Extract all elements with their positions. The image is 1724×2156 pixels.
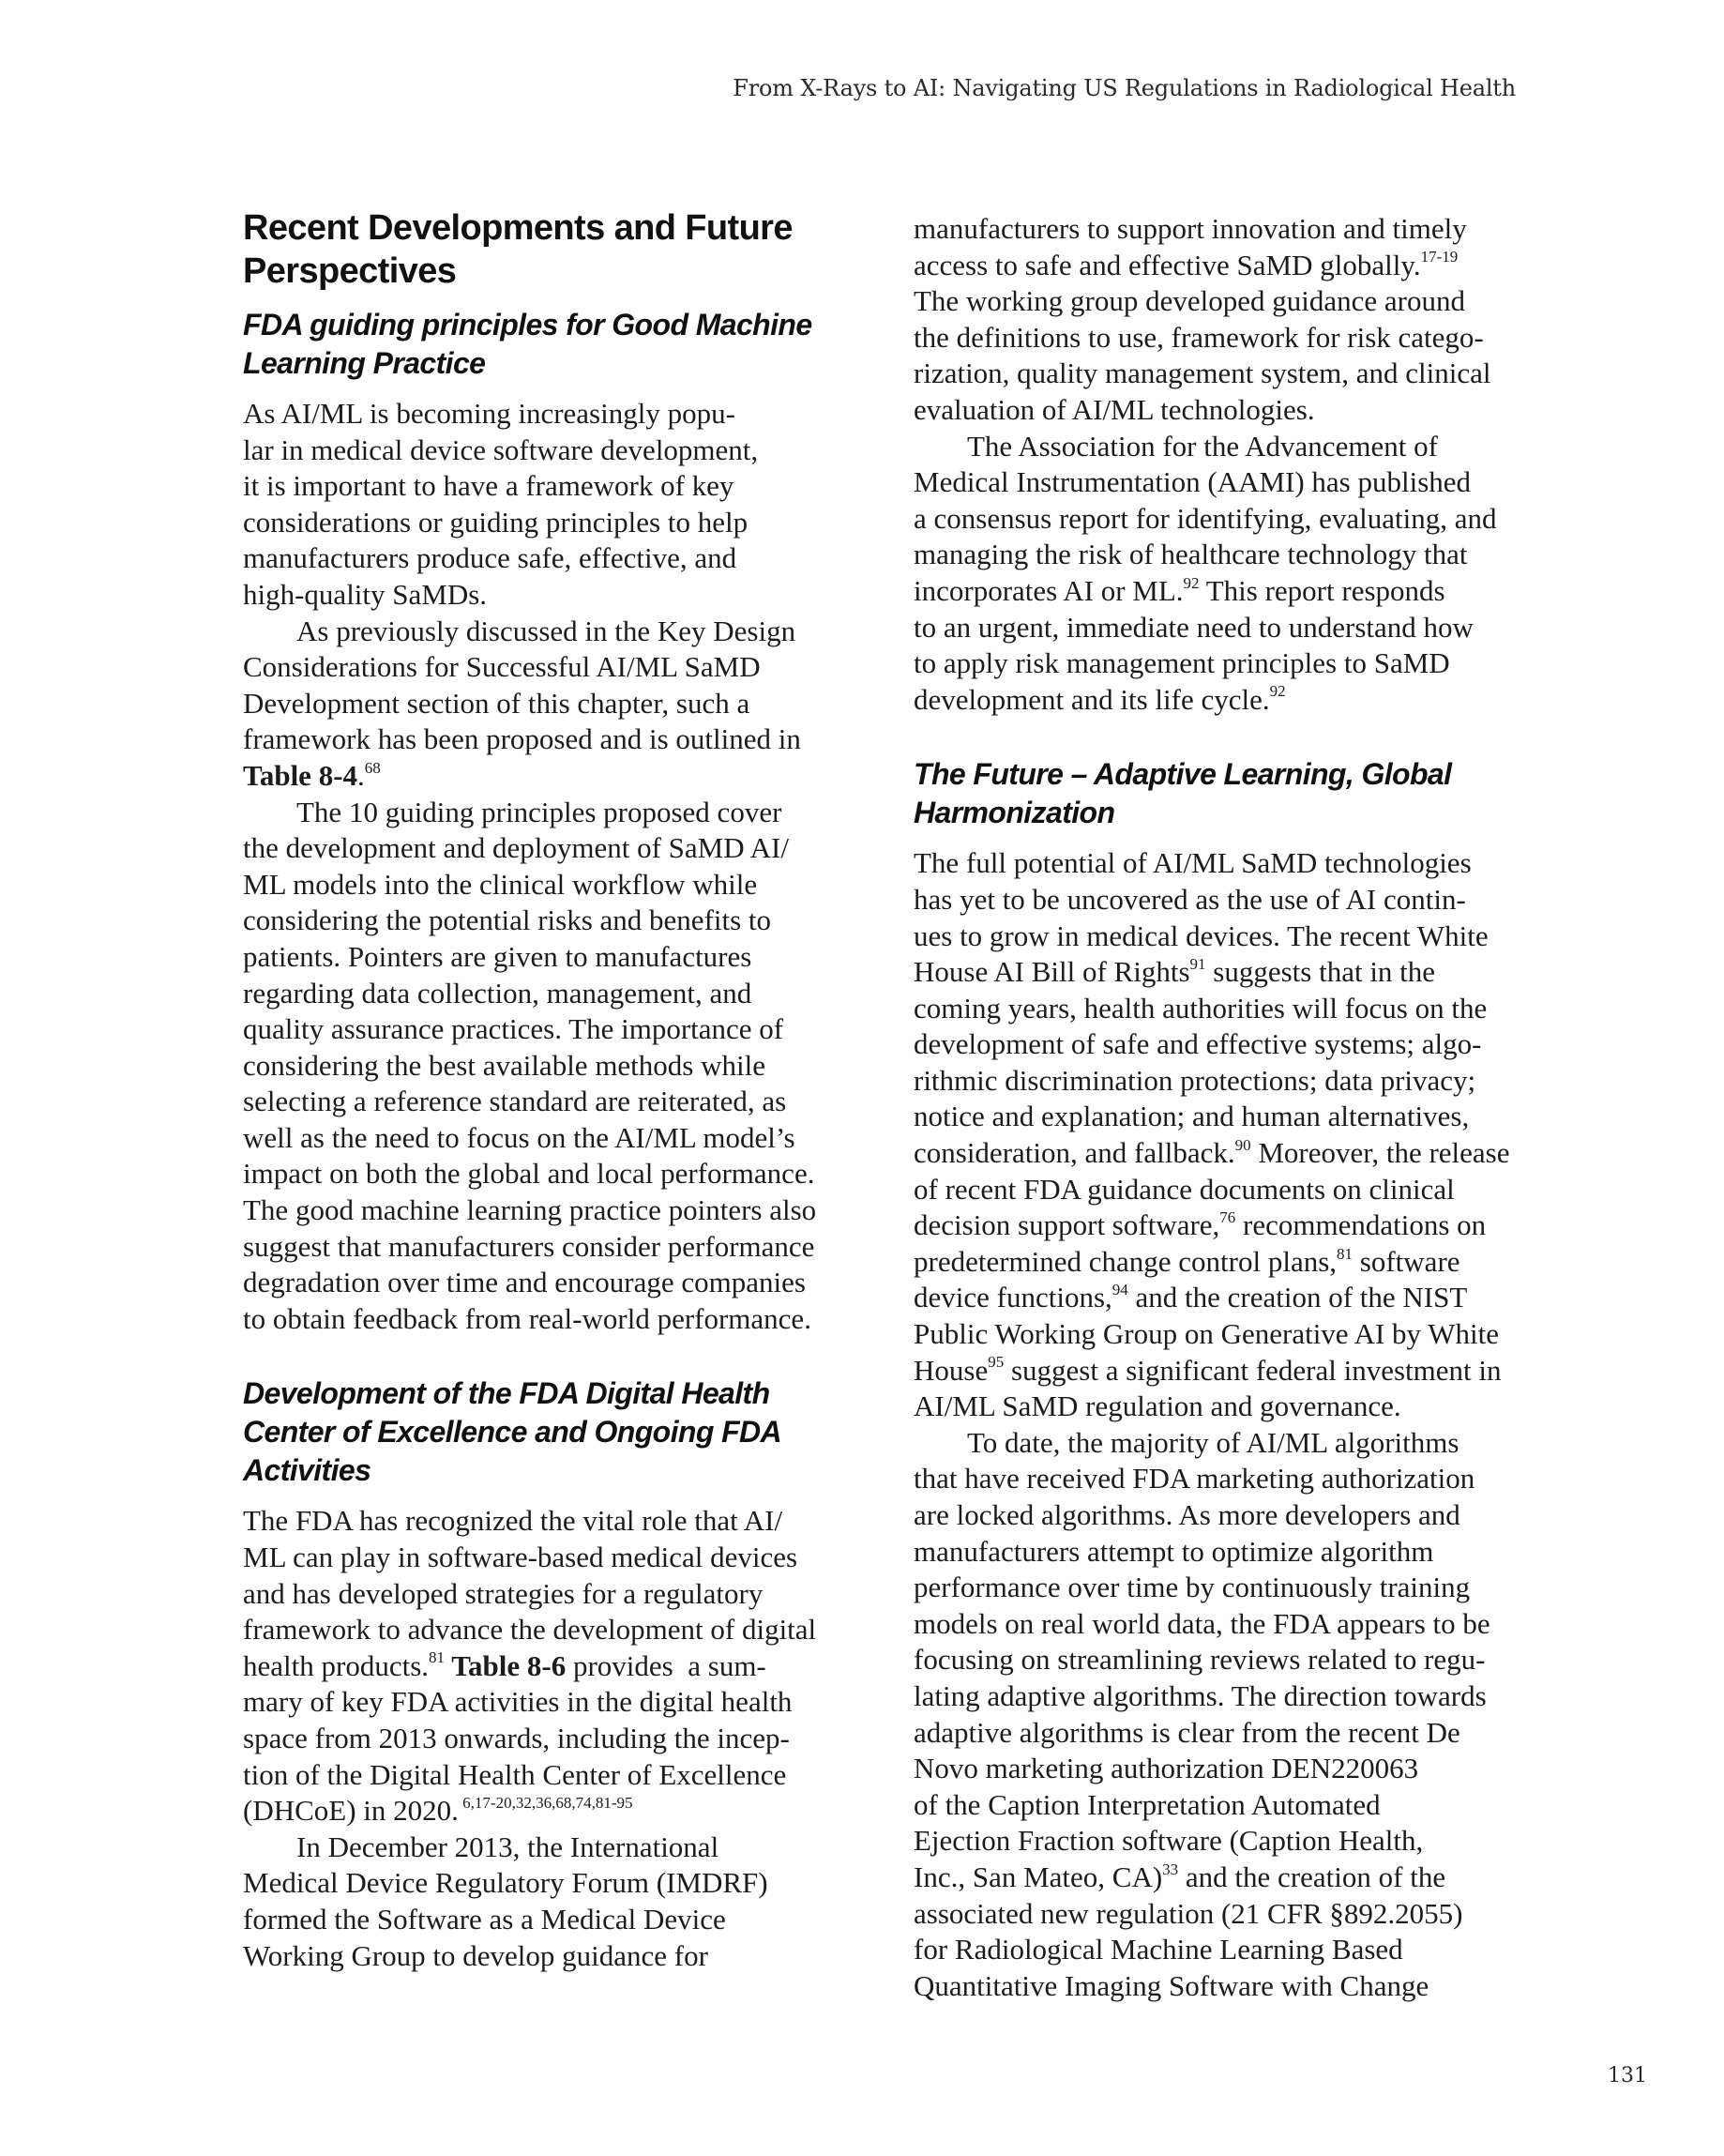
citation: 90 xyxy=(1235,1136,1251,1154)
section-title-line: Recent Developments and Future xyxy=(243,206,862,250)
subsection-title-gmlp: FDA guiding principles for Good Machine … xyxy=(243,306,862,383)
text-line: manufacturers produce safe, effective, a… xyxy=(243,540,862,577)
subsection-title-dhcoe: Development of the FDA Digital Health Ce… xyxy=(243,1374,862,1490)
text-line: The good machine learning practice point… xyxy=(243,1192,862,1229)
text-run: predetermined change control plans, xyxy=(914,1245,1337,1278)
text-line: consideration, and fallback.90 Moreover,… xyxy=(914,1135,1533,1172)
text-line: a consensus report for identifying, eval… xyxy=(914,501,1533,538)
text-line: health products.81 Table 8-6 provides a … xyxy=(243,1648,862,1685)
text-line: Quantitative Imaging Software with Chang… xyxy=(914,1968,1533,2005)
paragraph: manufacturers to support innovation and … xyxy=(914,211,1533,429)
right-column: manufacturers to support innovation and … xyxy=(914,211,1533,2004)
text-line: Inc., San Mateo, CA)33 and the creation … xyxy=(914,1860,1533,1896)
text-run: recommendations on xyxy=(1235,1208,1486,1241)
text-line: that have received FDA marketing authori… xyxy=(914,1461,1533,1497)
text-line: manufacturers to support innovation and … xyxy=(914,211,1533,248)
text-line: In December 2013, the International xyxy=(243,1830,862,1866)
text-line: rization, quality management system, and… xyxy=(914,356,1533,392)
text-line: patients. Pointers are given to manufact… xyxy=(243,939,862,976)
text-line: development of safe and effective system… xyxy=(914,1026,1533,1063)
text-line: ues to grow in medical devices. The rece… xyxy=(914,919,1533,955)
text-line: well as the need to focus on the AI/ML m… xyxy=(243,1120,862,1157)
text-line: considering the best available methods w… xyxy=(243,1048,862,1085)
text-line: notice and explanation; and human altern… xyxy=(914,1099,1533,1135)
table-reference[interactable]: Table 8-6 xyxy=(445,1649,566,1682)
text-line: impact on both the global and local perf… xyxy=(243,1156,862,1192)
text-line: lar in medical device software developme… xyxy=(243,433,862,469)
text-line: focusing on streamlining reviews related… xyxy=(914,1642,1533,1678)
text-run: software xyxy=(1353,1245,1459,1278)
text-line: The Association for the Advancement of xyxy=(914,429,1533,465)
text-line: are locked algorithms. As more developer… xyxy=(914,1497,1533,1534)
text-line: mary of key FDA activities in the digita… xyxy=(243,1684,862,1721)
paragraph: As previously discussed in the Key Desig… xyxy=(243,614,862,795)
text-line: to an urgent, immediate need to understa… xyxy=(914,610,1533,646)
text-line: evaluation of AI/ML technologies. xyxy=(914,392,1533,429)
citation: 91 xyxy=(1190,955,1206,973)
text-line: the development and deployment of SaMD A… xyxy=(243,830,862,867)
text-line: degradation over time and encourage comp… xyxy=(243,1265,862,1301)
text-line: framework to advance the development of … xyxy=(243,1612,862,1648)
text-run: House xyxy=(914,1354,988,1387)
citation: 81 xyxy=(1337,1245,1353,1263)
text-run: incorporates AI or ML. xyxy=(914,574,1184,607)
text-line: associated new regulation (21 CFR §892.2… xyxy=(914,1896,1533,1933)
text-line: it is important to have a framework of k… xyxy=(243,468,862,505)
text-line: of recent FDA guidance documents on clin… xyxy=(914,1172,1533,1208)
text-run: and the creation of the NIST xyxy=(1128,1281,1468,1313)
text-line: Considerations for Successful AI/ML SaMD xyxy=(243,649,862,686)
text-line: As previously discussed in the Key Desig… xyxy=(243,614,862,650)
citation: 81 xyxy=(429,1648,445,1666)
citation: 68 xyxy=(365,759,381,777)
paragraph: The full potential of AI/ML SaMD technol… xyxy=(914,845,1533,1425)
left-column: Recent Developments and Future Perspecti… xyxy=(243,206,862,1974)
citation: 33 xyxy=(1162,1860,1178,1878)
citation: 92 xyxy=(1184,574,1200,592)
text-line: predetermined change control plans,81 so… xyxy=(914,1244,1533,1281)
page-number: 131 xyxy=(1608,2064,1647,2088)
text-line: selecting a reference standard are reite… xyxy=(243,1084,862,1120)
text-line: AI/ML SaMD regulation and governance. xyxy=(914,1389,1533,1425)
citation: 92 xyxy=(1270,682,1286,700)
text-run: (DHCoE) in 2020. xyxy=(243,1794,459,1827)
text-line: for Radiological Machine Learning Based xyxy=(914,1932,1533,1968)
paragraph: To date, the majority of AI/ML algorithm… xyxy=(914,1425,1533,2005)
text-run: development and its life cycle. xyxy=(914,683,1270,716)
text-line: tion of the Digital Health Center of Exc… xyxy=(243,1757,862,1794)
citation: 76 xyxy=(1219,1208,1235,1226)
text-line: device functions,94 and the creation of … xyxy=(914,1280,1533,1316)
text-line: considerations or guiding principles to … xyxy=(243,505,862,541)
text-line: decision support software,76 recommendat… xyxy=(914,1207,1533,1244)
text-line: suggest that manufacturers consider perf… xyxy=(243,1229,862,1266)
text-run: device functions, xyxy=(914,1281,1112,1313)
text-line: the definitions to use, framework for ri… xyxy=(914,320,1533,357)
text-line: The full potential of AI/ML SaMD technol… xyxy=(914,845,1533,882)
citation: 17-19 xyxy=(1421,248,1459,266)
text-line: adaptive algorithms is clear from the re… xyxy=(914,1715,1533,1752)
punctuation: . xyxy=(357,759,365,792)
text-run: Inc., San Mateo, CA) xyxy=(914,1860,1162,1893)
text-line: lating adaptive algorithms. The directio… xyxy=(914,1678,1533,1715)
text-line: Working Group to develop guidance for xyxy=(243,1938,862,1975)
text-line: The 10 guiding principles proposed cover xyxy=(243,795,862,831)
text-line: of the Caption Interpretation Automated xyxy=(914,1787,1533,1824)
text-run: access to safe and effective SaMD global… xyxy=(914,249,1421,281)
text-line: models on real world data, the FDA appea… xyxy=(914,1606,1533,1643)
subsection-title-line: Learning Practice xyxy=(243,344,862,383)
text-line: The working group developed guidance aro… xyxy=(914,283,1533,320)
paragraph: In December 2013, the International Medi… xyxy=(243,1830,862,1974)
text-line: ML can play in software-based medical de… xyxy=(243,1540,862,1576)
text-line: Development section of this chapter, suc… xyxy=(243,686,862,722)
citation: 95 xyxy=(988,1353,1004,1371)
subsection-title-future: The Future – Adaptive Learning, Global H… xyxy=(914,755,1533,832)
text-run: This report responds xyxy=(1200,574,1445,607)
text-run: suggest a significant federal investment… xyxy=(1004,1354,1501,1387)
running-header: From X-Rays to AI: Navigating US Regulat… xyxy=(733,75,1516,101)
text-line: To date, the majority of AI/ML algorithm… xyxy=(914,1425,1533,1462)
text-line: manufacturers attempt to optimize algori… xyxy=(914,1534,1533,1571)
text-line: regarding data collection, management, a… xyxy=(243,976,862,1012)
text-run: health products. xyxy=(243,1649,429,1682)
text-line: incorporates AI or ML.92 This report res… xyxy=(914,573,1533,610)
text-line: space from 2013 onwards, including the i… xyxy=(243,1721,862,1757)
text-line: As AI/ML is becoming increasingly popu- xyxy=(243,396,862,433)
text-run: provides a sum- xyxy=(566,1649,766,1682)
section-title: Recent Developments and Future Perspecti… xyxy=(243,206,862,293)
text-line: (DHCoE) in 2020. 6,17-20,32,36,68,74,81-… xyxy=(243,1793,862,1830)
text-line: formed the Software as a Medical Device xyxy=(243,1902,862,1938)
text-line: quality assurance practices. The importa… xyxy=(243,1011,862,1048)
text-line: House95 suggest a significant federal in… xyxy=(914,1353,1533,1389)
text-line: and has developed strategies for a regul… xyxy=(243,1576,862,1613)
text-line: considering the potential risks and bene… xyxy=(243,903,862,939)
text-line: access to safe and effective SaMD global… xyxy=(914,248,1533,284)
text-line: Medical Device Regulatory Forum (IMDRF) xyxy=(243,1865,862,1902)
text-line: Public Working Group on Generative AI by… xyxy=(914,1316,1533,1353)
text-line: to obtain feedback from real-world perfo… xyxy=(243,1301,862,1338)
text-line: development and its life cycle.92 xyxy=(914,682,1533,719)
paragraph: The Association for the Advancement of M… xyxy=(914,429,1533,719)
text-line: framework has been proposed and is outli… xyxy=(243,721,862,758)
text-run: Moreover, the release xyxy=(1251,1136,1510,1169)
paragraph: The 10 guiding principles proposed cover… xyxy=(243,795,862,1338)
text-line: performance over time by continuously tr… xyxy=(914,1570,1533,1606)
text-line: The FDA has recognized the vital role th… xyxy=(243,1503,862,1540)
subsection-title-line: Center of Excellence and Ongoing FDA xyxy=(243,1413,862,1451)
text-line: Medical Instrumentation (AAMI) has publi… xyxy=(914,464,1533,501)
text-line: Ejection Fraction software (Caption Heal… xyxy=(914,1823,1533,1860)
text-line: to apply risk management principles to S… xyxy=(914,645,1533,682)
text-line: House AI Bill of Rights91 suggests that … xyxy=(914,954,1533,991)
section-title-line: Perspectives xyxy=(243,250,862,293)
subsection-title-line: The Future – Adaptive Learning, Global xyxy=(914,755,1533,794)
text-run: and the creation of the xyxy=(1178,1860,1445,1893)
text-line: rithmic discrimination protections; data… xyxy=(914,1063,1533,1100)
paragraph: As AI/ML is becoming increasingly popu- … xyxy=(243,396,862,614)
text-line: Novo marketing authorization DEN220063 xyxy=(914,1751,1533,1787)
subsection-title-line: Development of the FDA Digital Health xyxy=(243,1374,862,1413)
subsection-title-line: FDA guiding principles for Good Machine xyxy=(243,306,862,344)
subsection-title-line: Harmonization xyxy=(914,794,1533,832)
text-line: ML models into the clinical workflow whi… xyxy=(243,867,862,903)
citation: 94 xyxy=(1112,1281,1128,1298)
text-line: has yet to be uncovered as the use of AI… xyxy=(914,882,1533,919)
text-line: coming years, health authorities will fo… xyxy=(914,991,1533,1027)
paragraph: The FDA has recognized the vital role th… xyxy=(243,1503,862,1829)
table-reference[interactable]: Table 8-4 xyxy=(243,759,357,792)
text-run: consideration, and fallback. xyxy=(914,1136,1235,1169)
subsection-title-line: Activities xyxy=(243,1451,862,1490)
text-run: House AI Bill of Rights xyxy=(914,955,1190,988)
text-line: high-quality SaMDs. xyxy=(243,577,862,614)
text-run: suggests that in the xyxy=(1206,955,1436,988)
citation: 6,17-20,32,36,68,74,81-95 xyxy=(459,1794,633,1812)
text-run: decision support software, xyxy=(914,1208,1219,1241)
text-line: managing the risk of healthcare technolo… xyxy=(914,537,1533,573)
text-line: Table 8-4.68 xyxy=(243,758,862,795)
